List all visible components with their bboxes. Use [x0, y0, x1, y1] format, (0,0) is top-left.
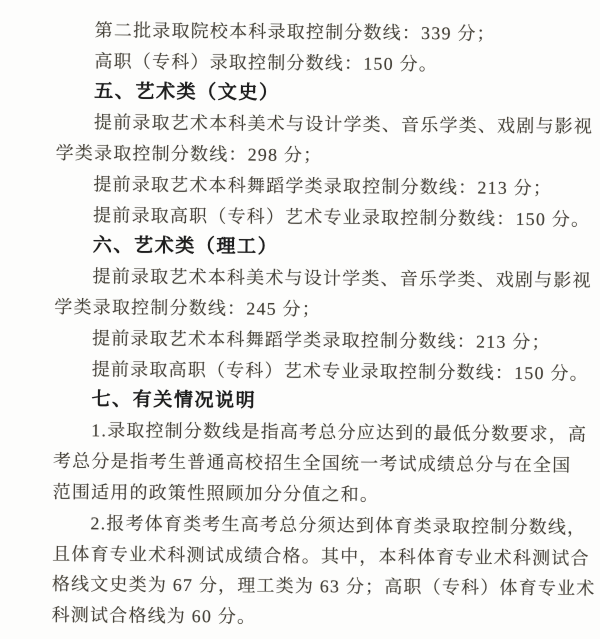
line-art-wenshi-gaozhi: 提前录取高职（专科）艺术专业录取控制分数线：150 分。	[55, 200, 598, 236]
document-text-block: 第二批录取院校本科录取控制分数线：339 分； 高职（专科）录取控制分数线：15…	[0, 0, 600, 636]
line-art-wenshi-benke-2: 学类录取控制分数线：298 分；	[56, 138, 599, 174]
line-art-wenshi-benke-1: 提前录取艺术本科美术与设计学类、音乐学类、戏剧与影视	[56, 107, 599, 143]
line-note2-part2: 且体育专业术科测试成绩合格。其中，本科体育专业术科测试合	[52, 538, 595, 574]
heading-art-wenshi: 五、艺术类（文史）	[56, 76, 599, 112]
line-art-ligong-benke-1: 提前录取艺术本科美术与设计学类、音乐学类、戏剧与影视	[54, 261, 597, 297]
line-note1-part1: 1.录取控制分数线是指高考总分应达到的最低分数要求，高	[53, 415, 596, 451]
line-note1-part3: 范围适用的政策性照顾加分分值之和。	[53, 477, 596, 513]
line-note2-part3: 格线文史类为 67 分，理工类为 63 分；高职（专科）体育专业术	[52, 569, 595, 605]
line-note1-part2: 考总分是指考生普通高校招生全国统一考试成绩总分与在全国	[53, 446, 596, 482]
line-gaozhi-score: 高职（专科）录取控制分数线：150 分。	[56, 46, 599, 82]
line-art-ligong-gaozhi: 提前录取高职（专科）艺术专业录取控制分数线：150 分。	[54, 354, 597, 390]
line-art-ligong-dance: 提前录取艺术本科舞蹈学类录取控制分数线：213 分；	[54, 323, 597, 359]
line-note2-part4: 科测试合格线为 60 分。	[51, 600, 594, 636]
line-note2-part1: 2.报考体育类考生高考总分须达到体育类录取控制分数线，	[52, 508, 595, 544]
heading-notes: 七、有关情况说明	[53, 384, 596, 420]
line-art-wenshi-dance: 提前录取艺术本科舞蹈学类录取控制分数线：213 分；	[55, 169, 598, 205]
line-art-ligong-benke-2: 学类录取控制分数线：245 分；	[54, 292, 597, 328]
heading-art-ligong: 六、艺术类（理工）	[55, 230, 598, 266]
line-second-batch-score: 第二批录取院校本科录取控制分数线：339 分；	[57, 15, 600, 51]
scanned-document-page: 第二批录取院校本科录取控制分数线：339 分； 高职（专科）录取控制分数线：15…	[0, 0, 600, 639]
